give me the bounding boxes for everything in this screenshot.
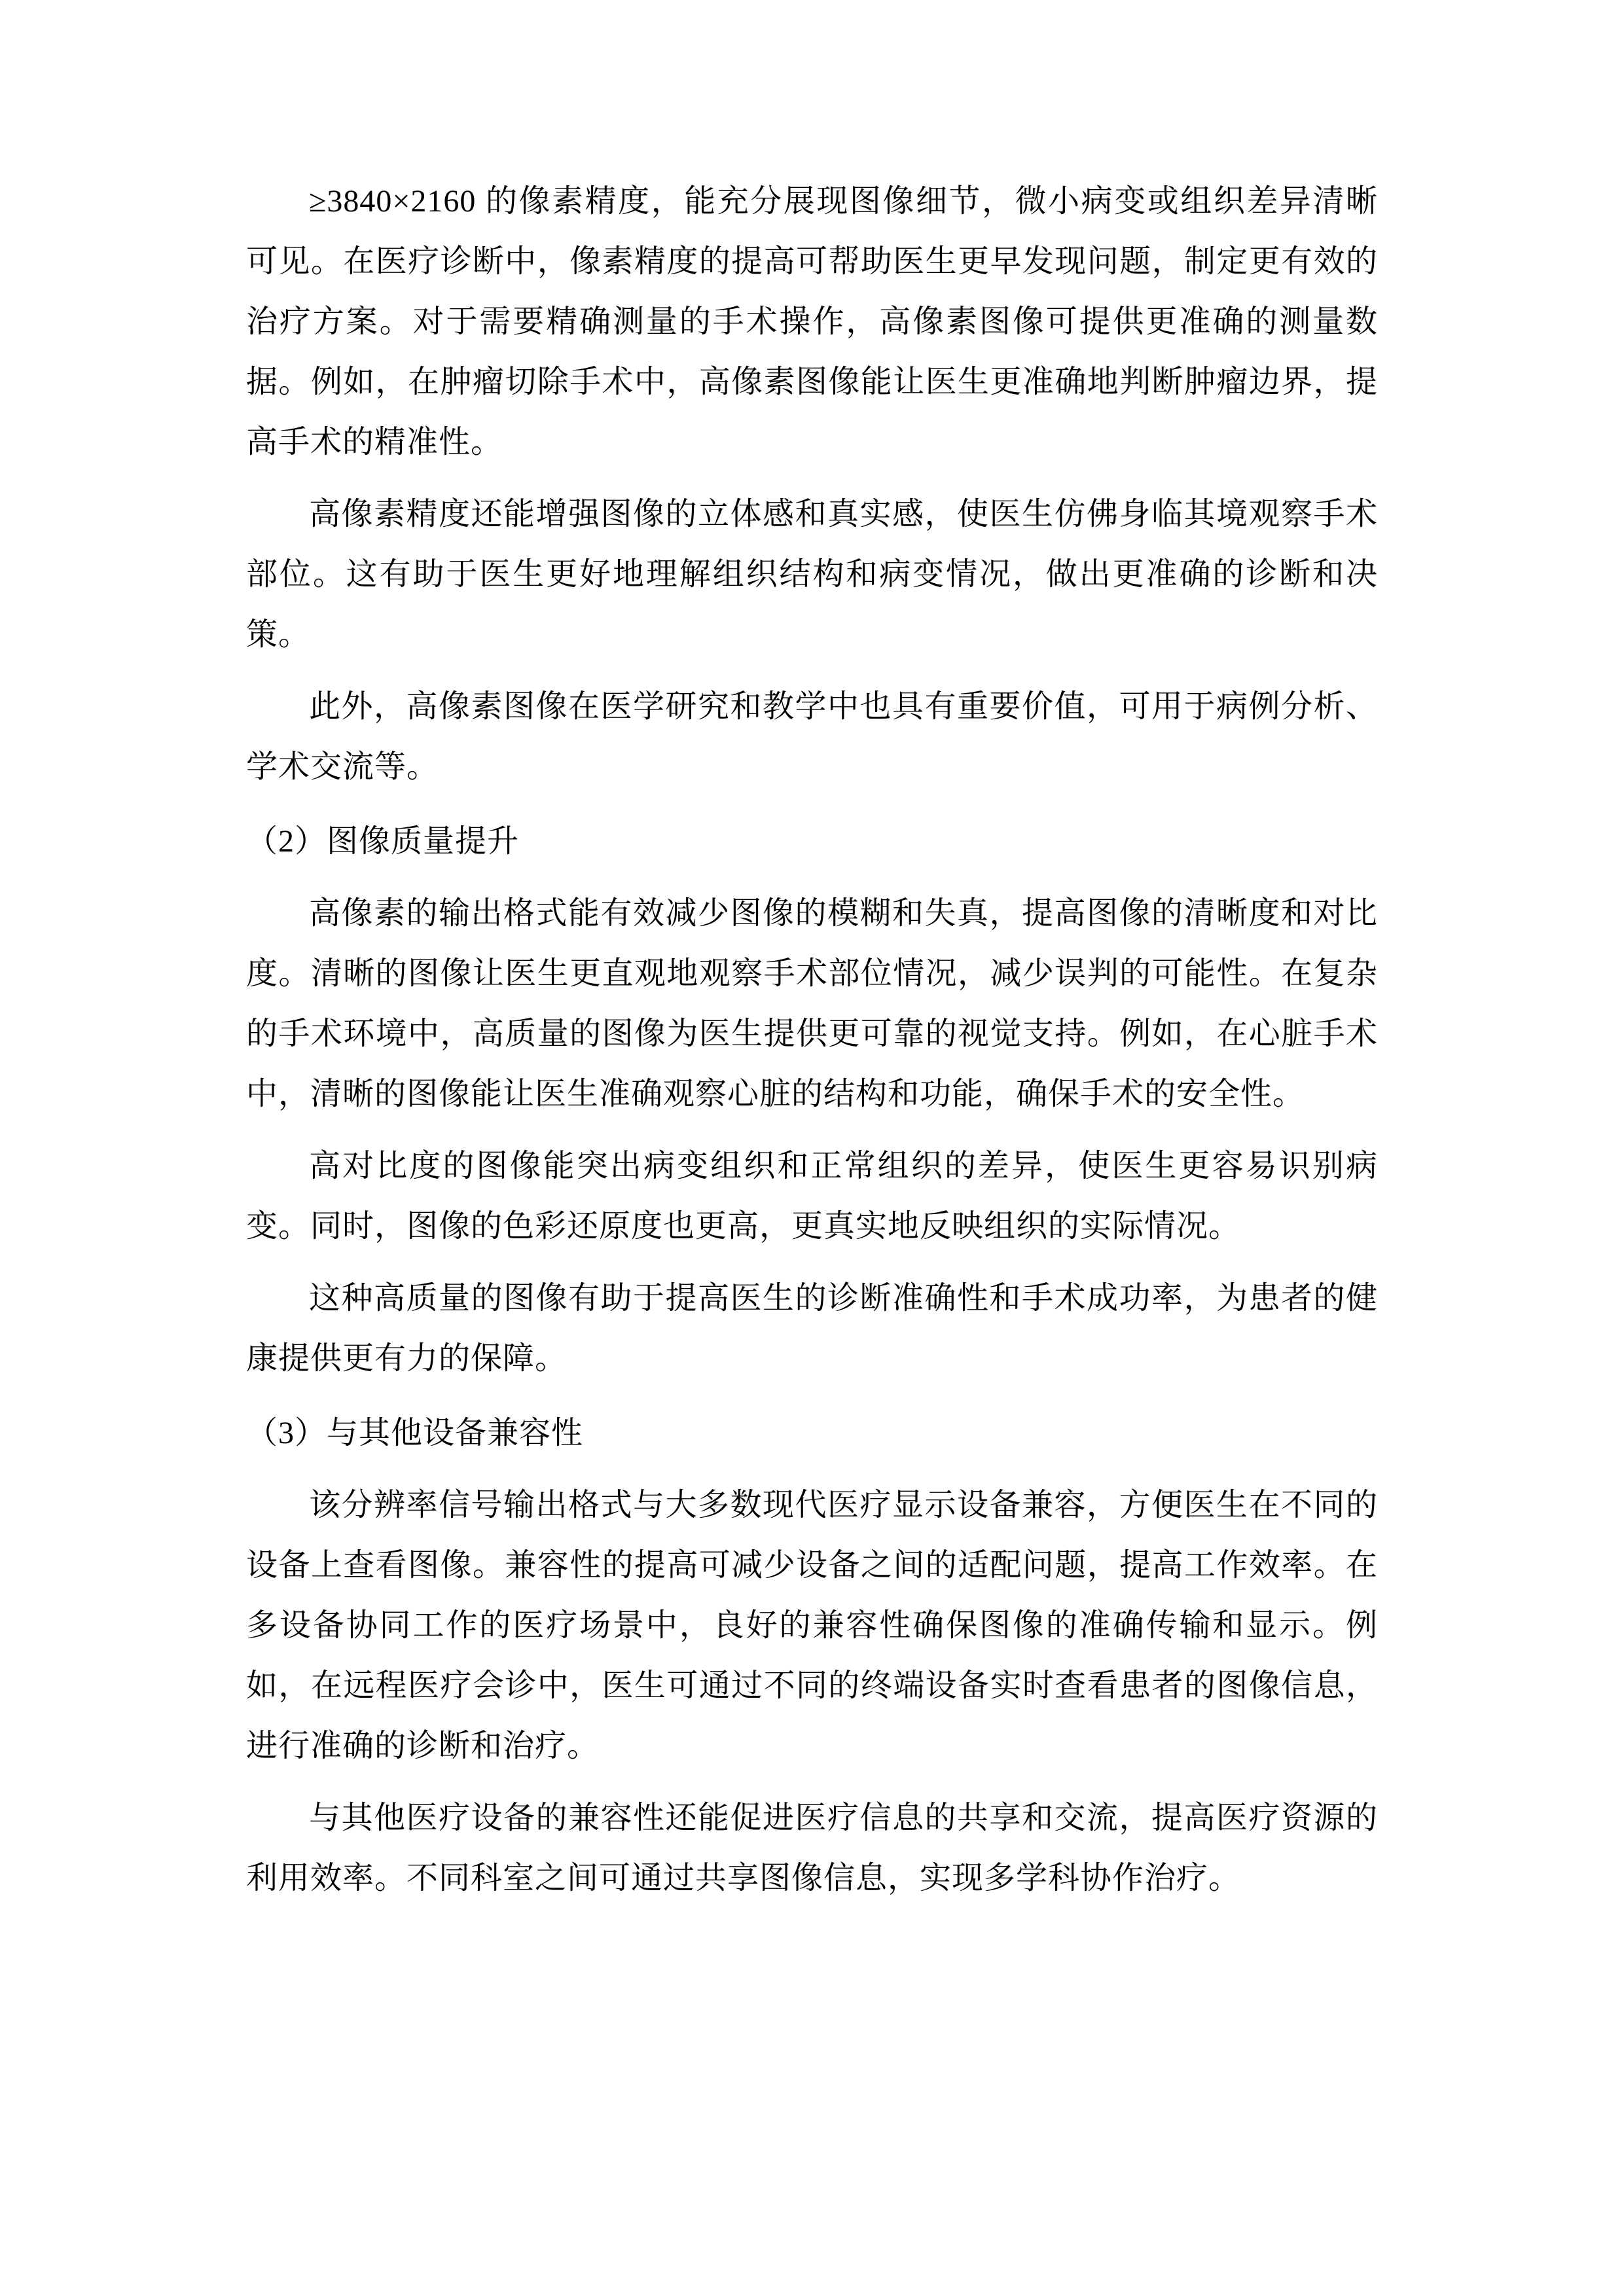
document-page: ≥3840×2160 的像素精度，能充分展现图像细节，微小病变或组织差异清晰可见… xyxy=(0,0,1624,2296)
section-heading-2: （2）图像质量提升 xyxy=(246,812,1378,872)
body-paragraph: 与其他医疗设备的兼容性还能促进医疗信息的共享和交流，提高医疗资源的利用效率。不同… xyxy=(246,1788,1378,1909)
body-paragraph: 高像素精度还能增强图像的立体感和真实感，使医生仿佛身临其境观察手术部位。这有助于… xyxy=(246,484,1378,665)
section-heading-3: （3）与其他设备兼容性 xyxy=(246,1403,1378,1463)
body-paragraph: 高对比度的图像能突出病变组织和正常组织的差异，使医生更容易识别病变。同时，图像的… xyxy=(246,1136,1378,1257)
body-paragraph: 该分辨率信号输出格式与大多数现代医疗显示设备兼容，方便医生在不同的设备上查看图像… xyxy=(246,1475,1378,1776)
body-paragraph: 高像素的输出格式能有效减少图像的模糊和失真，提高图像的清晰度和对比度。清晰的图像… xyxy=(246,884,1378,1124)
body-paragraph: ≥3840×2160 的像素精度，能充分展现图像细节，微小病变或组织差异清晰可见… xyxy=(246,171,1378,473)
body-paragraph: 这种高质量的图像有助于提高医生的诊断准确性和手术成功率，为患者的健康提供更有力的… xyxy=(246,1268,1378,1389)
body-paragraph: 此外，高像素图像在医学研究和教学中也具有重要价值，可用于病例分析、学术交流等。 xyxy=(246,677,1378,797)
